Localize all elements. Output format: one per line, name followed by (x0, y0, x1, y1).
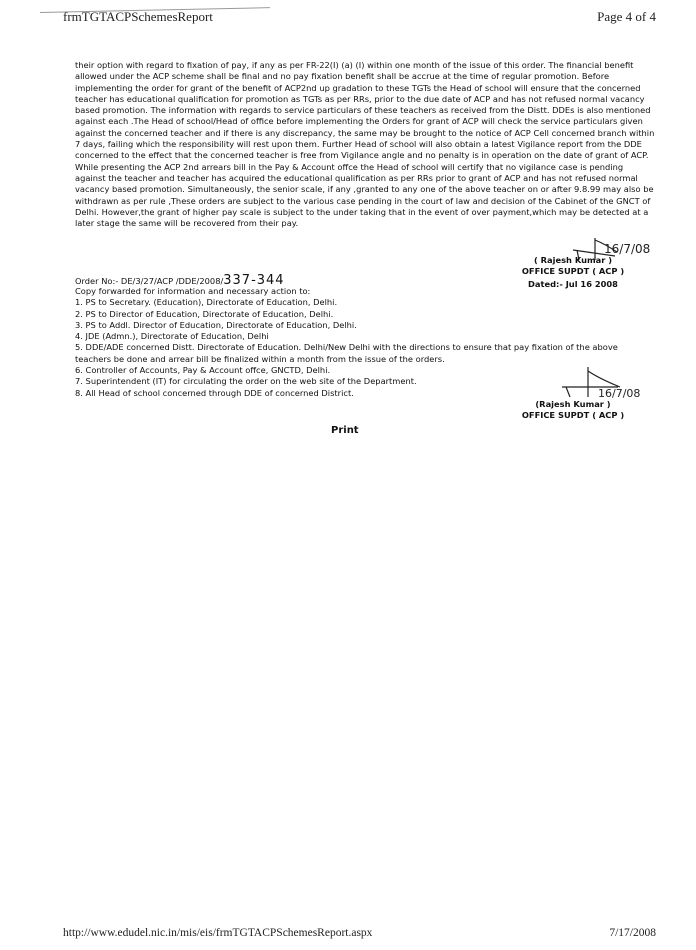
footer-print-date: 7/17/2008 (609, 927, 656, 939)
signature-block-2: (Rajesh Kumar ) OFFICE SUPDT ( ACP ) (508, 399, 638, 421)
signature-block-1: ( Rajesh Kumar ) OFFICE SUPDT ( ACP ) Da… (508, 255, 638, 290)
report-title: frmTGTACPSchemesReport (63, 9, 213, 25)
copy-intro: Copy forwarded for information and neces… (75, 286, 655, 297)
page-indicator: Page 4 of 4 (597, 9, 656, 25)
signatory-name: (Rajesh Kumar ) (508, 399, 638, 410)
order-number-label: Order No:- DE/3/27/ACP /DDE/2008/ (75, 276, 223, 286)
list-item: 5. DDE/ADE concerned Distt. Directorate … (75, 342, 655, 365)
order-body-paragraph: their option with regard to fixation of … (75, 60, 655, 229)
footer-url: http://www.edudel.nic.in/mis/eis/frmTGTA… (63, 927, 372, 939)
print-button[interactable]: Print (331, 425, 359, 436)
list-item: 3. PS to Addl. Director of Education, Di… (75, 320, 655, 331)
list-item: 1. PS to Secretary. (Education), Directo… (75, 297, 655, 308)
list-item: 4. JDE (Admn.), Directorate of Education… (75, 331, 655, 342)
signatory-designation: OFFICE SUPDT ( ACP ) (508, 410, 638, 421)
signatory-name: ( Rajesh Kumar ) (508, 255, 638, 266)
signatory-designation: OFFICE SUPDT ( ACP ) (508, 266, 638, 277)
list-item: 2. PS to Director of Education, Director… (75, 309, 655, 320)
handwritten-date-1: 16/7/08 (604, 242, 650, 256)
